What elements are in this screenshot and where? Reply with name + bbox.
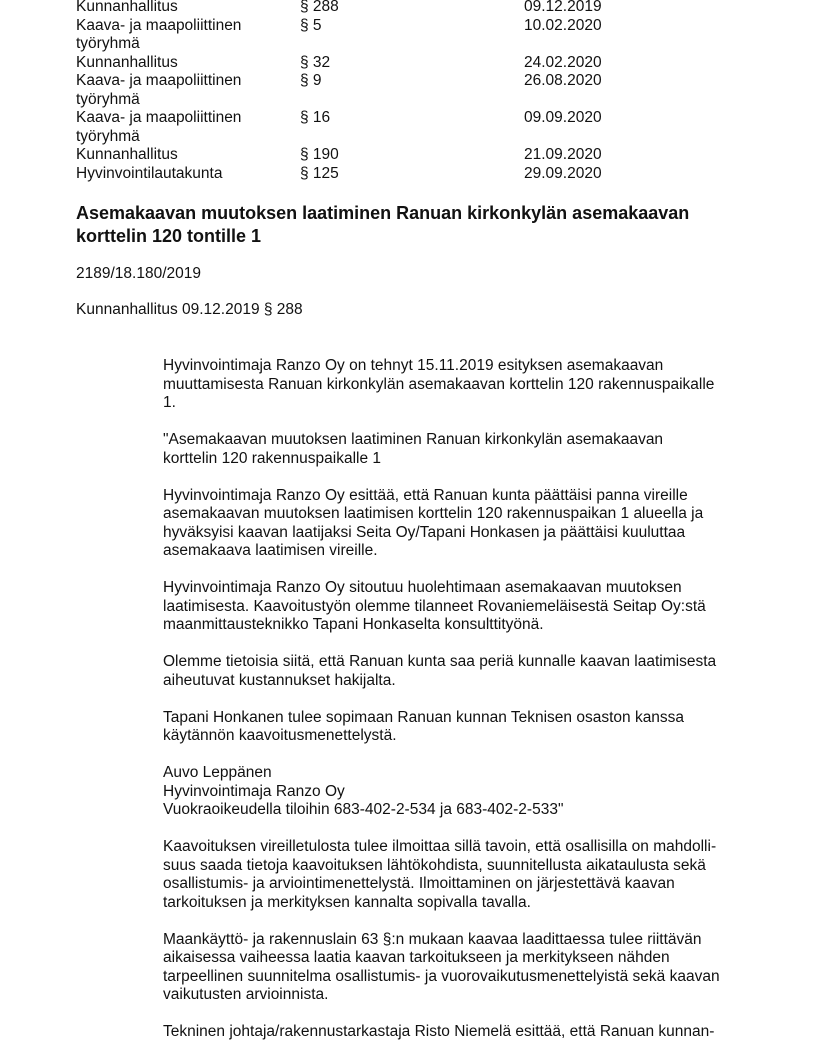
paragraph: Tapani Honkanen tulee sopimaan Ranuan ku… (163, 709, 753, 746)
history-body: Kaava- ja maapoliittinen työryhmä (76, 72, 300, 109)
history-date: 24.02.2020 (524, 54, 674, 73)
history-row: Kunnanhallitus § 32 24.02.2020 (76, 54, 676, 73)
history-body: Kunnanhallitus (76, 146, 300, 165)
signature: Auvo Leppänen Hyvinvointimaja Ranzo Oy V… (163, 764, 753, 820)
paragraph: Kaavoituksen vireilletulosta tulee ilmoi… (163, 838, 753, 912)
history-row: Kaava- ja maapoliittinen työryhmä § 9 26… (76, 72, 676, 109)
history-section: § 32 (300, 54, 524, 73)
history-date: 26.08.2020 (524, 72, 674, 109)
history-date: 10.02.2020 (524, 17, 674, 54)
paragraph: Olemme tietoisia siitä, että Ranuan kunt… (163, 653, 753, 690)
history-body: Kaava- ja maapoliittinen työryhmä (76, 17, 300, 54)
history-date: 09.09.2020 (524, 109, 674, 146)
history-section: § 16 (300, 109, 524, 146)
paragraph: Hyvinvointimaja Ranzo Oy sitoutuu huoleh… (163, 579, 753, 635)
handling-history-table: Kunnanhallitus § 288 09.12.2019 Kaava- j… (76, 0, 676, 183)
history-date: 29.09.2020 (524, 165, 674, 184)
paragraph: Tekninen johtaja/rakennustarkastaja Rist… (163, 1023, 753, 1042)
history-row: Kaava- ja maapoliittinen työryhmä § 5 10… (76, 17, 676, 54)
paragraph: Hyvinvointimaja Ranzo Oy esittää, että R… (163, 487, 753, 561)
agenda-item-title: Asemakaavan muutoksen laatiminen Ranuan … (76, 202, 756, 248)
history-body: Kunnanhallitus (76, 54, 300, 73)
item-body: Hyvinvointimaja Ranzo Oy on tehnyt 15.11… (163, 357, 753, 1056)
history-date: 21.09.2020 (524, 146, 674, 165)
history-row: Hyvinvointilautakunta § 125 29.09.2020 (76, 165, 676, 184)
history-section: § 288 (300, 0, 524, 17)
history-section: § 125 (300, 165, 524, 184)
history-body: Kaava- ja maapoliittinen työryhmä (76, 109, 300, 146)
history-row: Kunnanhallitus § 288 09.12.2019 (76, 0, 676, 17)
history-date: 09.12.2019 (524, 0, 674, 17)
paragraph: Maankäyttö- ja rakennuslain 63 §:n mukaa… (163, 931, 753, 1005)
history-section: § 9 (300, 72, 524, 109)
meeting-reference: Kunnanhallitus 09.12.2019 § 288 (76, 300, 303, 319)
history-row: Kaava- ja maapoliittinen työryhmä § 16 0… (76, 109, 676, 146)
history-section: § 5 (300, 17, 524, 54)
history-body: Hyvinvointilautakunta (76, 165, 300, 184)
paragraph: "Asemakaavan muutoksen laatiminen Ranuan… (163, 431, 753, 468)
paragraph: Hyvinvointimaja Ranzo Oy on tehnyt 15.11… (163, 357, 753, 413)
diary-number: 2189/18.180/2019 (76, 264, 201, 283)
history-row: Kunnanhallitus § 190 21.09.2020 (76, 146, 676, 165)
history-section: § 190 (300, 146, 524, 165)
history-body: Kunnanhallitus (76, 0, 300, 17)
